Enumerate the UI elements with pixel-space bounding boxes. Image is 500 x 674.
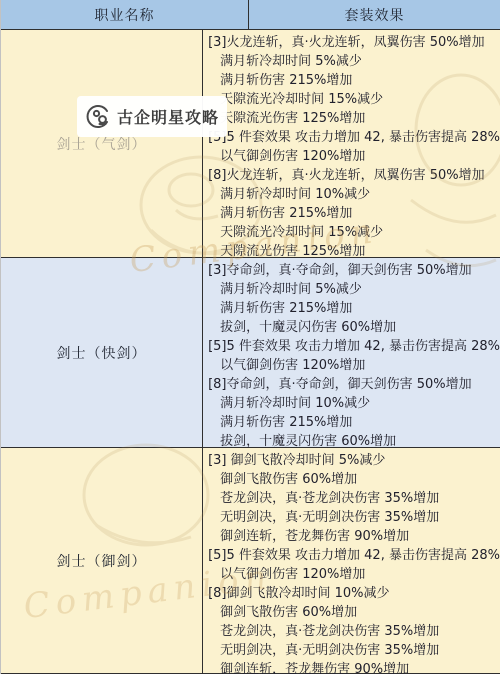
effects-cell: [3]火龙连斩，真·火龙连斩，凤翼伤害 50%增加满月斩冷却时间 5%减少满月斩… <box>203 30 500 257</box>
effect-line: 御剑飞散伤害 60%增加 <box>203 470 500 489</box>
column-header-class-name: 职业名称 <box>1 0 249 29</box>
effect-line: 满月斩伤害 215%增加 <box>203 71 500 90</box>
table-header-row: 职业名称 套装效果 <box>1 0 500 30</box>
table-body: 剑士（气剑）[3]火龙连斩，真·火龙连斩，凤翼伤害 50%增加满月斩冷却时间 5… <box>1 30 500 674</box>
class-row: 剑士（御剑）[3] 御剑飞散冷却时间 5%减少御剑飞散伤害 60%增加苍龙剑决，… <box>1 448 500 674</box>
effect-line: [8]御剑飞散冷却时间 10%减少 <box>203 584 500 603</box>
effect-line: 御剑连斩，苍龙舞伤害 90%增加 <box>203 527 500 546</box>
class-name-label: 剑士（气剑） <box>1 30 203 257</box>
effect-line: 无明剑决，真·无明剑决伤害 35%增加 <box>203 508 500 527</box>
effects-cell: [3]夺命剑，真·夺命剑，御天剑伤害 50%增加满月斩冷却时间 5%减少满月斩伤… <box>203 258 500 447</box>
watermark-badge-label: 古企明星攻略 <box>117 105 219 128</box>
effect-line: 拔剑，十魔灵闪伤害 60%增加 <box>203 318 500 337</box>
effect-line: 御剑飞散伤害 60%增加 <box>203 603 500 622</box>
effect-line: 天隙流光伤害 125%增加 <box>203 109 500 128</box>
effect-line: [3]火龙连斩，真·火龙连斩，凤翼伤害 50%增加 <box>203 33 500 52</box>
effects-cell: [3] 御剑飞散冷却时间 5%减少御剑飞散伤害 60%增加苍龙剑决，真·苍龙剑决… <box>203 448 500 673</box>
effect-line: [3] 御剑飞散冷却时间 5%减少 <box>203 451 500 470</box>
class-name-label: 剑士（御剑） <box>1 448 203 673</box>
effect-line: 天隙流光冷却时间 15%减少 <box>203 90 500 109</box>
effect-line: [8]夺命剑，真·夺命剑，御天剑伤害 50%增加 <box>203 375 500 394</box>
effect-line: 以气御剑伤害 120%增加 <box>203 356 500 375</box>
effect-line: 满月斩冷却时间 5%减少 <box>203 52 500 71</box>
penguin-logo-icon <box>85 103 112 130</box>
class-row: 剑士（气剑）[3]火龙连斩，真·火龙连斩，凤翼伤害 50%增加满月斩冷却时间 5… <box>1 30 500 258</box>
watermark-badge: 古企明星攻略 <box>77 96 227 137</box>
effect-line: 以气御剑伤害 120%增加 <box>203 565 500 584</box>
effect-line: 无明剑决，真·无明剑决伤害 35%增加 <box>203 641 500 660</box>
effect-line: 满月斩伤害 215%增加 <box>203 204 500 223</box>
effect-line: 以气御剑伤害 120%增加 <box>203 147 500 166</box>
set-effects-table: 职业名称 套装效果 剑士（气剑）[3]火龙连斩，真·火龙连斩，凤翼伤害 50%增… <box>0 0 500 674</box>
effect-line: 御剑连斩，苍龙舞伤害 90%增加 <box>203 660 500 674</box>
effect-line: 满月斩冷却时间 10%减少 <box>203 185 500 204</box>
effect-line: 满月斩冷却时间 5%减少 <box>203 280 500 299</box>
effect-line: [8]火龙连斩，真·火龙连斩，凤翼伤害 50%增加 <box>203 166 500 185</box>
class-name-label: 剑士（快剑） <box>1 258 203 447</box>
effect-line: 满月斩伤害 215%增加 <box>203 413 500 432</box>
column-header-set-effect: 套装效果 <box>249 0 500 29</box>
effect-line: [3]夺命剑，真·夺命剑，御天剑伤害 50%增加 <box>203 261 500 280</box>
effect-line: [5]5 件套效果 攻击力增加 42, 暴击伤害提高 28% <box>203 128 500 147</box>
effect-line: [5]5 件套效果 攻击力增加 42, 暴击伤害提高 28% <box>203 546 500 565</box>
effect-line: 满月斩伤害 215%增加 <box>203 299 500 318</box>
effect-line: [5]5 件套效果 攻击力增加 42, 暴击伤害提高 28% <box>203 337 500 356</box>
class-row: 剑士（快剑）[3]夺命剑，真·夺命剑，御天剑伤害 50%增加满月斩冷却时间 5%… <box>1 258 500 448</box>
effect-line: 满月斩冷却时间 10%减少 <box>203 394 500 413</box>
effect-line: 天隙流光冷却时间 15%减少 <box>203 223 500 242</box>
effect-line: 苍龙剑决，真·苍龙剑决伤害 35%增加 <box>203 622 500 641</box>
effect-line: 苍龙剑决，真·苍龙剑决伤害 35%增加 <box>203 489 500 508</box>
